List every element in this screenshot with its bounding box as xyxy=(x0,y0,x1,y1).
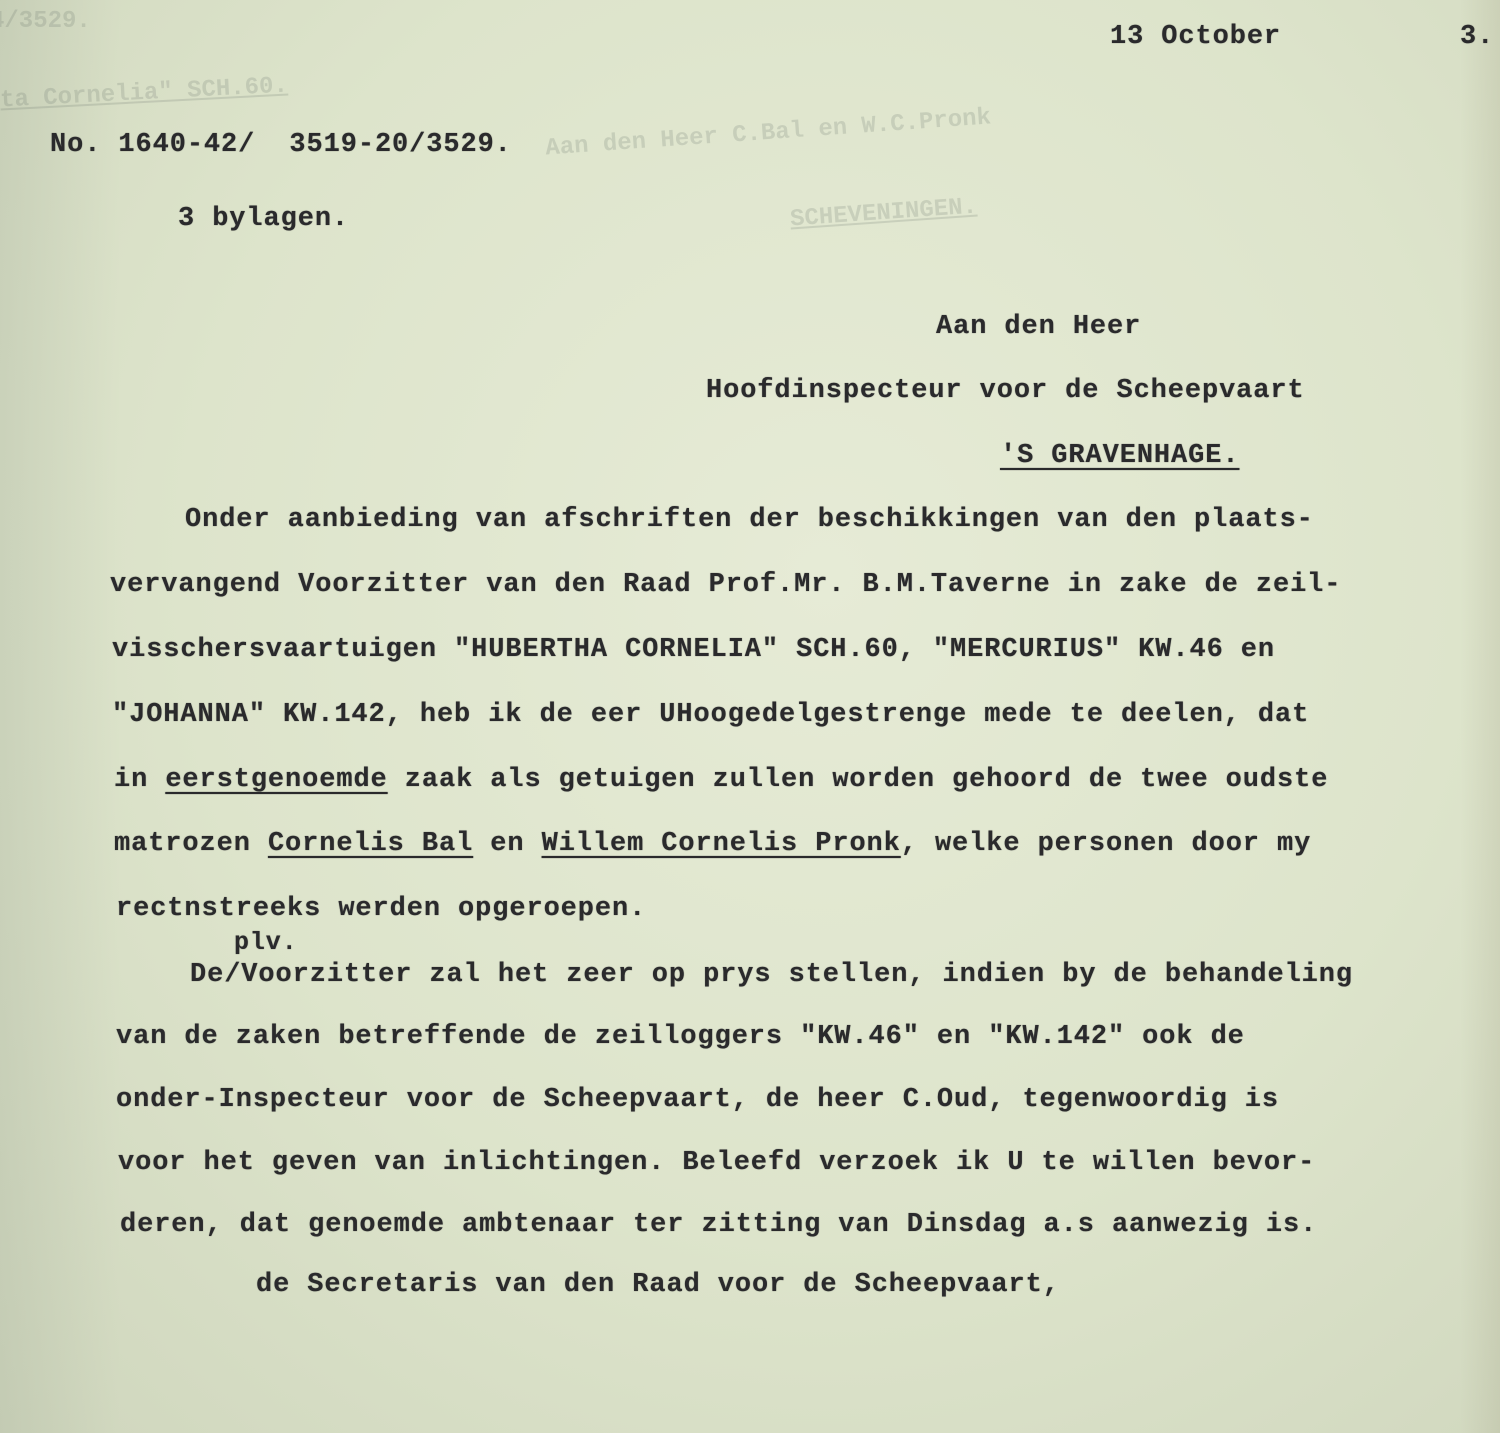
witness-name: Cornelis Bal xyxy=(268,829,473,859)
insertion-mark: plv. xyxy=(234,928,298,957)
bleed-through-text: 4/3529. xyxy=(0,8,91,35)
enclosures-note: 3 bylagen. xyxy=(178,204,349,234)
body-line: De/Voorzitter zal het zeer op prys stell… xyxy=(190,960,1353,990)
body-line: Onder aanbieding van afschriften der bes… xyxy=(185,505,1314,535)
body-line: visschersvaartuigen "HUBERTHA CORNELIA" … xyxy=(112,635,1275,665)
body-line: onder-Inspecteur voor de Scheepvaart, de… xyxy=(116,1085,1279,1115)
page-number: 3. xyxy=(1460,22,1494,52)
reference-number: No. 1640-42/ 3519-20/3529. xyxy=(50,130,512,160)
text-run: zaak als getuigen zullen worden gehoord … xyxy=(388,765,1329,795)
bleed-through-text: SCHEVENINGEN. xyxy=(789,194,978,234)
text-run: , welke personen door my xyxy=(901,829,1311,859)
addressee-salutation: Aan den Heer xyxy=(936,312,1141,342)
body-line: "JOHANNA" KW.142, heb ik de eer UHoogede… xyxy=(112,700,1309,730)
paper-edge-shadow xyxy=(1460,0,1500,1433)
addressee-city: 'S GRAVENHAGE. xyxy=(1000,441,1239,471)
text-run: en xyxy=(473,829,541,859)
signature-line: de Secretaris van den Raad voor de Schee… xyxy=(256,1270,1060,1300)
body-line: vervangend Voorzitter van den Raad Prof.… xyxy=(110,570,1341,600)
underlined-term: eerstgenoemde xyxy=(165,765,387,795)
bleed-through-text: Aan den Heer C.Bal en W.C.Pronk xyxy=(545,104,992,162)
addressee-city-text: 'S GRAVENHAGE. xyxy=(1000,441,1239,471)
text-run: matrozen xyxy=(114,829,268,859)
body-line: in eerstgenoemde zaak als getuigen zulle… xyxy=(114,765,1328,795)
witness-name: Willem Cornelis Pronk xyxy=(542,829,901,859)
body-line: matrozen Cornelis Bal en Willem Cornelis… xyxy=(114,829,1311,859)
paper-shading xyxy=(0,0,120,1433)
text-run: in xyxy=(114,765,165,795)
letter-date: 13 October xyxy=(1110,22,1281,52)
body-line: rectnstreeks werden opgeroepen. xyxy=(116,894,646,924)
body-line: voor het geven van inlichtingen. Beleefd… xyxy=(118,1148,1315,1178)
body-line: deren, dat genoemde ambtenaar ter zittin… xyxy=(120,1210,1317,1240)
addressee-title: Hoofdinspecteur voor de Scheepvaart xyxy=(706,376,1305,406)
document-page: 4/3529. ta Cornelia" SCH.60. Aan den Hee… xyxy=(0,0,1500,1433)
body-line: van de zaken betreffende de zeilloggers … xyxy=(116,1022,1245,1052)
